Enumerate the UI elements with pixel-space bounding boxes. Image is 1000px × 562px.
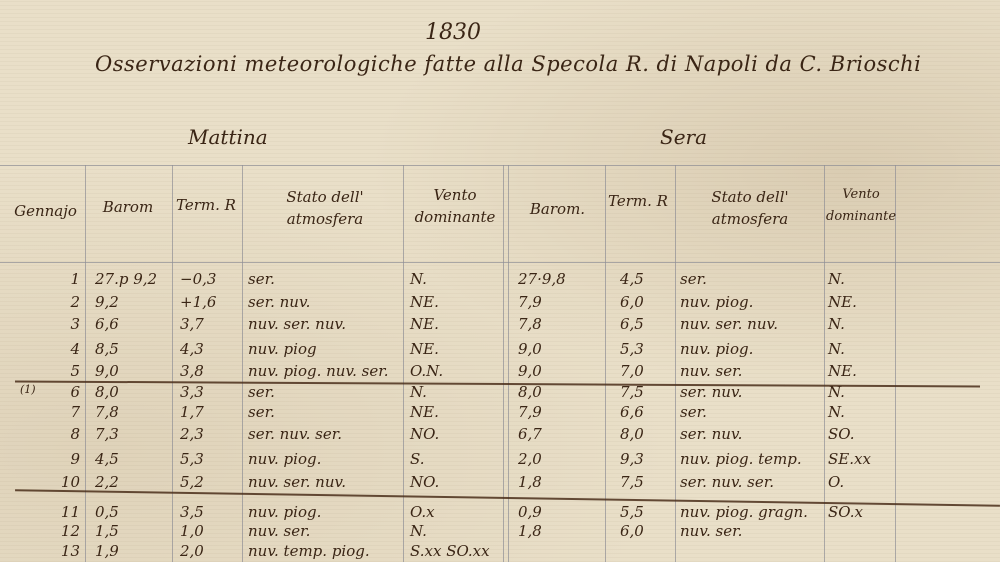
morning-barometer: 0,5 (95, 503, 119, 521)
morning-sky-state: nuv. piog. (248, 503, 321, 521)
day-number: 4 (40, 340, 80, 358)
morning-wind: S.xx SO.xx (410, 542, 490, 560)
column-rule (242, 165, 243, 562)
morning-thermometer: 2,3 (180, 425, 204, 443)
evening-sky-state: nuv. ser. (680, 362, 742, 380)
morning-wind: NE. (410, 403, 439, 421)
header-evening-vento: Vento dominante (826, 184, 896, 228)
morning-wind: N. (410, 522, 427, 540)
morning-thermometer: 3,5 (180, 503, 204, 521)
evening-thermometer: 7,5 (620, 473, 644, 491)
morning-barometer: 7,3 (95, 425, 119, 443)
header-evening-barom: Barom. (515, 198, 600, 220)
header-month: Gennajo (8, 200, 83, 222)
evening-wind: NE. (828, 362, 857, 380)
day-number: 7 (40, 403, 80, 421)
evening-sky-state: ser. (680, 270, 707, 288)
day-number: 10 (40, 473, 80, 491)
morning-sky-state: nuv. piog. (248, 450, 321, 468)
morning-wind: S. (410, 450, 425, 468)
evening-wind: N. (828, 403, 845, 421)
document-year: 1830 (425, 20, 481, 45)
morning-barometer: 6,6 (95, 315, 119, 333)
evening-wind: SO.x (828, 503, 863, 521)
morning-wind: NE. (410, 293, 439, 311)
evening-sky-state: nuv. piog. (680, 293, 753, 311)
evening-barometer: 2,0 (518, 450, 542, 468)
column-rule (605, 165, 606, 562)
evening-wind: NE. (828, 293, 857, 311)
header-morning-vento: Vento dominante (408, 184, 502, 228)
morning-barometer: 8,0 (95, 383, 119, 401)
morning-barometer: 9,2 (95, 293, 119, 311)
evening-section-label: Sera (660, 125, 707, 149)
column-rule (403, 165, 404, 562)
morning-sky-state: nuv. temp. piog. (248, 542, 370, 560)
evening-thermometer: 5,3 (620, 340, 644, 358)
evening-sky-state: nuv. ser. (680, 522, 742, 540)
column-rule (503, 165, 504, 562)
header-morning-term: Term. R (176, 194, 236, 216)
evening-barometer: 7,8 (518, 315, 542, 333)
evening-sky-state: nuv. piog. temp. (680, 450, 802, 468)
evening-thermometer: 7,5 (620, 383, 644, 401)
evening-wind: O. (828, 473, 844, 491)
day-number: 5 (40, 362, 80, 380)
evening-sky-state: ser. (680, 403, 707, 421)
morning-thermometer: 5,2 (180, 473, 204, 491)
evening-barometer: 8,0 (518, 383, 542, 401)
evening-sky-state: ser. nuv. (680, 425, 742, 443)
morning-barometer: 2,2 (95, 473, 119, 491)
row-note: (1) (20, 383, 36, 396)
day-number: 12 (40, 522, 80, 540)
morning-sky-state: ser. nuv. ser. (248, 425, 342, 443)
day-number: 1 (40, 270, 80, 288)
morning-wind: O.N. (410, 362, 443, 380)
evening-sky-state: nuv. ser. nuv. (680, 315, 778, 333)
evening-thermometer: 7,0 (620, 362, 644, 380)
morning-wind: NE. (410, 315, 439, 333)
evening-barometer: 0,9 (518, 503, 542, 521)
header-bottom-rule (0, 262, 1000, 263)
evening-thermometer: 5,5 (620, 503, 644, 521)
morning-sky-state: nuv. piog (248, 340, 317, 358)
morning-thermometer: +1,6 (180, 293, 216, 311)
evening-wind: SE.xx (828, 450, 871, 468)
morning-barometer: 4,5 (95, 450, 119, 468)
morning-sky-state: ser. nuv. (248, 293, 310, 311)
morning-section-label: Mattina (188, 125, 268, 149)
evening-barometer: 7,9 (518, 293, 542, 311)
evening-sky-state: nuv. piog. gragn. (680, 503, 808, 521)
day-number: 2 (40, 293, 80, 311)
morning-barometer: 27.p 9,2 (95, 270, 157, 288)
morning-sky-state: nuv. piog. nuv. ser. (248, 362, 389, 380)
morning-barometer: 7,8 (95, 403, 119, 421)
header-morning-barom: Barom (88, 196, 168, 218)
morning-sky-state: nuv. ser. (248, 522, 310, 540)
column-rule (172, 165, 173, 562)
evening-wind: N. (828, 340, 845, 358)
header-evening-stato: Stato dell' atmosfera (680, 186, 820, 230)
morning-thermometer: 2,0 (180, 542, 204, 560)
day-number: 13 (40, 542, 80, 560)
day-number: 3 (40, 315, 80, 333)
evening-thermometer: 6,5 (620, 315, 644, 333)
evening-sky-state: nuv. piog. (680, 340, 753, 358)
morning-thermometer: 3,8 (180, 362, 204, 380)
evening-wind: N. (828, 315, 845, 333)
evening-thermometer: 8,0 (620, 425, 644, 443)
header-evening-term: Term. R (608, 190, 668, 212)
morning-wind: N. (410, 383, 427, 401)
evening-barometer: 27·9,8 (518, 270, 566, 288)
morning-thermometer: 3,7 (180, 315, 204, 333)
morning-sky-state: ser. (248, 270, 275, 288)
morning-wind: O.x (410, 503, 435, 521)
morning-wind: NO. (410, 425, 439, 443)
day-number: 8 (40, 425, 80, 443)
morning-thermometer: 3,3 (180, 383, 204, 401)
evening-sky-state: ser. nuv. (680, 383, 742, 401)
morning-thermometer: 5,3 (180, 450, 204, 468)
evening-wind: N. (828, 270, 845, 288)
morning-sky-state: ser. (248, 403, 275, 421)
morning-thermometer: 1,0 (180, 522, 204, 540)
evening-sky-state: ser. nuv. ser. (680, 473, 774, 491)
day-number: 11 (40, 503, 80, 521)
evening-barometer: 1,8 (518, 473, 542, 491)
evening-barometer: 7,9 (518, 403, 542, 421)
evening-wind: SO. (828, 425, 854, 443)
morning-thermometer: −0,3 (180, 270, 216, 288)
morning-sky-state: nuv. ser. nuv. (248, 315, 346, 333)
morning-sky-state: nuv. ser. nuv. (248, 473, 346, 491)
morning-wind: NO. (410, 473, 439, 491)
evening-barometer: 6,7 (518, 425, 542, 443)
evening-thermometer: 6,0 (620, 522, 644, 540)
day-number: 6 (40, 383, 80, 401)
morning-barometer: 1,9 (95, 542, 119, 560)
day-number: 9 (40, 450, 80, 468)
table-top-rule (0, 165, 1000, 166)
document-title: Osservazioni meteorologiche fatte alla S… (95, 52, 921, 76)
evening-thermometer: 6,6 (620, 403, 644, 421)
morning-barometer: 1,5 (95, 522, 119, 540)
morning-barometer: 8,5 (95, 340, 119, 358)
morning-wind: NE. (410, 340, 439, 358)
evening-thermometer: 6,0 (620, 293, 644, 311)
morning-thermometer: 4,3 (180, 340, 204, 358)
morning-barometer: 9,0 (95, 362, 119, 380)
evening-barometer: 9,0 (518, 362, 542, 380)
evening-barometer: 9,0 (518, 340, 542, 358)
column-rule (508, 165, 509, 562)
evening-thermometer: 4,5 (620, 270, 644, 288)
header-morning-stato: Stato dell' atmosfera (255, 186, 395, 230)
morning-sky-state: ser. (248, 383, 275, 401)
evening-thermometer: 9,3 (620, 450, 644, 468)
morning-wind: N. (410, 270, 427, 288)
column-rule (85, 165, 86, 562)
evening-wind: N. (828, 383, 845, 401)
evening-barometer: 1,8 (518, 522, 542, 540)
morning-thermometer: 1,7 (180, 403, 204, 421)
column-rule (675, 165, 676, 562)
